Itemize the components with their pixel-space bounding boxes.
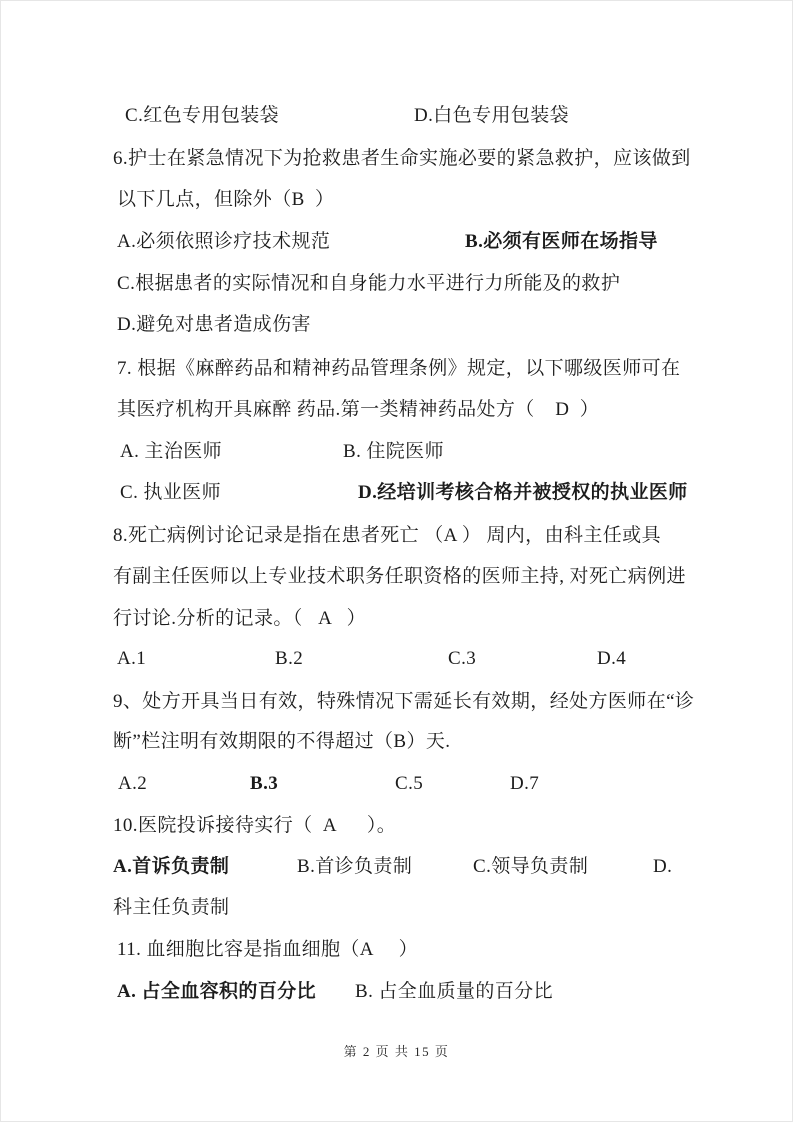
q5-options-cd-segment: C.红色专用包装袋: [125, 104, 279, 128]
q6-option-c: C.根据患者的实际情况和自身能力水平进行力所能及的救护: [0, 272, 793, 298]
document-page: C.红色专用包装袋D.白色专用包装袋6.护士在紧急情况下为抢救患者生命实施必要的…: [0, 0, 793, 1122]
q10-options-line1-segment: D.: [653, 855, 672, 879]
q9-options-segment: D.7: [510, 772, 539, 796]
q8-stem-line2-segment: 有副主任医师以上专业技术职务任职资格的医师主持, 对死亡病例进: [113, 565, 686, 589]
q9-options: A.2B.3C.5D.7: [0, 772, 793, 798]
q10-options-line1-segment: A.首诉负责制: [113, 855, 229, 879]
page-footer: 第 2 页 共 15 页: [0, 1041, 793, 1060]
q9-options-segment: A.2: [118, 772, 147, 796]
q6-stem-line1: 6.护士在紧急情况下为抢救患者生命实施必要的紧急救护，应该做到: [0, 147, 793, 173]
q7-options-cd-segment: C. 执业医师: [120, 481, 221, 505]
q10-options-line1: A.首诉负责制B.首诊负责制C.领导负责制D.: [0, 855, 793, 881]
q6-options-ab-segment: B.必须有医师在场指导: [465, 230, 658, 254]
q6-stem-line1-segment: 6.护士在紧急情况下为抢救患者生命实施必要的紧急救护，应该做到: [113, 147, 691, 171]
q8-stem-line2: 有副主任医师以上专业技术职务任职资格的医师主持, 对死亡病例进: [0, 565, 793, 591]
q6-option-d: D.避免对患者造成伤害: [0, 313, 793, 339]
q9-stem-line2: 断”栏注明有效期限的不得超过（B）天.: [0, 730, 793, 756]
q9-options-segment: C.5: [395, 772, 423, 796]
q9-stem-line2-segment: 断”栏注明有效期限的不得超过（B）天.: [113, 730, 450, 754]
q6-stem-line2-segment: 以下几点，但除外（B ）: [117, 188, 334, 212]
q9-options-segment: B.3: [250, 772, 278, 796]
q7-stem-line2-segment: 其医疗机构开具麻醉 药品.第一类精神药品处方（ D ）: [117, 398, 599, 422]
q8-options-segment: B.2: [275, 647, 303, 671]
q11-stem: 11. 血细胞比容是指血细胞（A ）: [0, 938, 793, 964]
q10-options-line2-segment: 科主任负责制: [113, 896, 229, 920]
q10-options-line1-segment: B.首诊负责制: [297, 855, 412, 879]
q7-options-cd-segment: D.经培训考核合格并被授权的执业医师: [358, 481, 688, 505]
q10-options-line2: 科主任负责制: [0, 896, 793, 922]
q6-options-ab: A.必须依照诊疗技术规范B.必须有医师在场指导: [0, 230, 793, 256]
q7-stem-line1-segment: 7. 根据《麻醉药品和精神药品管理条例》规定，以下哪级医师可在: [117, 357, 680, 381]
q8-stem-line3-segment: 行讨论.分析的记录。（ A ）: [113, 607, 366, 631]
q8-options: A.1B.2C.3D.4: [0, 647, 793, 673]
q11-options-ab-segment: A. 占全血容积的百分比: [117, 980, 316, 1004]
q8-stem-line3: 行讨论.分析的记录。（ A ）: [0, 607, 793, 633]
q10-stem: 10.医院投诉接待实行（ A ）。: [0, 814, 793, 840]
q8-options-segment: A.1: [117, 647, 146, 671]
q11-options-ab-segment: B. 占全血质量的百分比: [355, 980, 553, 1004]
q5-options-cd: C.红色专用包装袋D.白色专用包装袋: [0, 104, 793, 130]
q5-options-cd-segment: D.白色专用包装袋: [414, 104, 569, 128]
q6-option-c-segment: C.根据患者的实际情况和自身能力水平进行力所能及的救护: [117, 272, 620, 296]
q8-options-segment: C.3: [448, 647, 476, 671]
q7-options-ab-segment: B. 住院医师: [343, 440, 444, 464]
q10-stem-segment: 10.医院投诉接待实行（ A ）。: [113, 814, 396, 838]
q8-stem-line1: 8.死亡病例讨论记录是指在患者死亡 （A ） 周内，由科主任或具: [0, 524, 793, 550]
q7-options-ab-segment: A. 主治医师: [120, 440, 222, 464]
q8-stem-line1-segment: 8.死亡病例讨论记录是指在患者死亡 （A ） 周内，由科主任或具: [113, 524, 661, 548]
q6-option-d-segment: D.避免对患者造成伤害: [117, 313, 311, 337]
q7-stem-line1: 7. 根据《麻醉药品和精神药品管理条例》规定，以下哪级医师可在: [0, 357, 793, 383]
q10-options-line1-segment: C.领导负责制: [473, 855, 588, 879]
q8-options-segment: D.4: [597, 647, 626, 671]
q6-options-ab-segment: A.必须依照诊疗技术规范: [117, 230, 330, 254]
q9-stem-line1-segment: 9、处方开具当日有效，特殊情况下需延长有效期，经处方医师在“诊: [113, 690, 694, 714]
q7-options-cd: C. 执业医师D.经培训考核合格并被授权的执业医师: [0, 481, 793, 507]
q9-stem-line1: 9、处方开具当日有效，特殊情况下需延长有效期，经处方医师在“诊: [0, 690, 793, 716]
q11-options-ab: A. 占全血容积的百分比B. 占全血质量的百分比: [0, 980, 793, 1006]
q6-stem-line2: 以下几点，但除外（B ）: [0, 188, 793, 214]
q11-stem-segment: 11. 血细胞比容是指血细胞（A ）: [117, 938, 418, 962]
q7-options-ab: A. 主治医师B. 住院医师: [0, 440, 793, 466]
q7-stem-line2: 其医疗机构开具麻醉 药品.第一类精神药品处方（ D ）: [0, 398, 793, 424]
